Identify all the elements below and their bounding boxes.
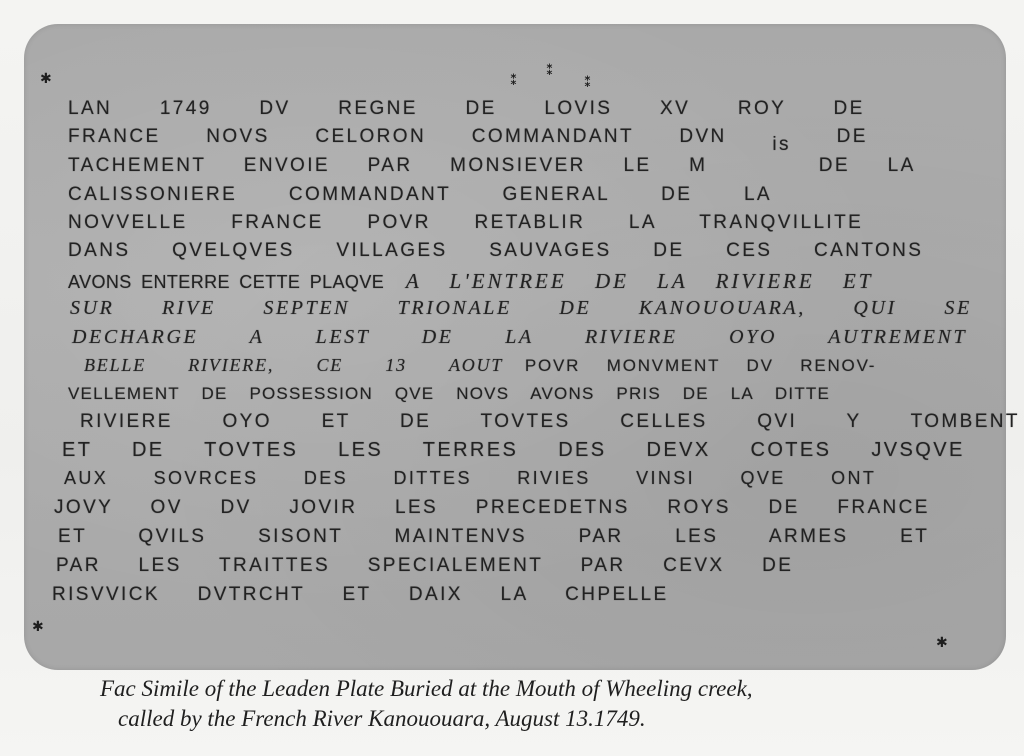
inscription-line: DANS QVELQVES VILLAGES SAUVAGES DE CES C… [68, 240, 923, 262]
inscription-text: AVONS ENTERRE CETTE PLAQVE [68, 272, 384, 292]
inscription-text: TACHEMENT ENVOIE PAR MONSIEVER LE M [68, 155, 707, 176]
cross-ornament-icon: ⁑ [546, 64, 553, 78]
inscription-line: BELLE RIVIERE, CE 13 AOUT POVR MONVMENT … [84, 355, 876, 377]
inscription-line: AVONS ENTERRE CETTE PLAQVE A L'ENTREE DE… [68, 269, 873, 294]
cross-ornament-icon: ⁑ [510, 74, 517, 88]
inscription-line: RIVIERE OYO ET DE TOVTES CELLES QVI Y TO… [80, 411, 1020, 433]
inscription-line: DECHARGE A LEST DE LA RIVIERE OYO AUTREM… [72, 326, 967, 349]
inscription-line: AUX SOVRCES DES DITTES RIVIES VINSI QVE … [64, 468, 876, 489]
inscription-line: FRANCE NOVS CELORON COMMANDANT DVN is DE [68, 126, 868, 148]
document-page: ✱ ⁑ ⁑ ⁑ ✱ ✱ LAN 1749 DV REGNE DE LOVIS X… [0, 0, 1024, 756]
inscription-line: ET QVILS SISONT MAINTENVS PAR LES ARMES … [58, 526, 929, 548]
inscription-line: LAN 1749 DV REGNE DE LOVIS XV ROY DE [68, 98, 865, 120]
cross-ornament-icon: ⁑ [584, 76, 591, 90]
inscription-text: POVR MONVMENT DV RENOV- [525, 356, 876, 375]
inscription-text: DE [837, 126, 868, 147]
inscription-line: TACHEMENT ENVOIE PAR MONSIEVER LE M DE L… [68, 155, 916, 177]
star-ornament-icon: ✱ [936, 636, 948, 650]
inscription-line: RISVVICK DVTRCHT ET DAIX LA CHPELLE [52, 584, 669, 606]
inscription-text: BELLE RIVIERE, CE 13 AOUT [84, 355, 503, 375]
caption-line-1: Fac Simile of the Leaden Plate Buried at… [100, 676, 1024, 702]
inscription-line: NOVVELLE FRANCE POVR RETABLIR LA TRANQVI… [68, 212, 863, 234]
inscription-line: CALISSONIERE COMMANDANT GENERAL DE LA [68, 184, 772, 206]
star-ornament-icon: ✱ [40, 72, 52, 86]
inscription-text: DE LA [819, 155, 916, 176]
inscription-text: A L'ENTREE DE LA RIVIERE ET [406, 269, 874, 293]
inscription-line: JOVY OV DV JOVIR LES PRECEDETNS ROYS DE … [54, 497, 930, 519]
inscription-text: FRANCE NOVS CELORON COMMANDANT DVN [68, 126, 727, 147]
inscription-line: SUR RIVE SEPTEN TRIONALE DE KANOUOUARA, … [70, 297, 972, 320]
inscription-line: ET DE TOVTES LES TERRES DES DEVX COTES J… [62, 439, 965, 462]
caption-line-2: called by the French River Kanououara, A… [118, 706, 1024, 732]
star-ornament-icon: ✱ [32, 620, 44, 634]
leaden-plate: ✱ ⁑ ⁑ ⁑ ✱ ✱ LAN 1749 DV REGNE DE LOVIS X… [24, 24, 1006, 670]
superscript-text: is [772, 134, 791, 155]
inscription-line: VELLEMENT DE POSSESSION QVE NOVS AVONS P… [68, 384, 830, 404]
inscription-line: PAR LES TRAITTES SPECIALEMENT PAR CEVX D… [56, 555, 793, 577]
